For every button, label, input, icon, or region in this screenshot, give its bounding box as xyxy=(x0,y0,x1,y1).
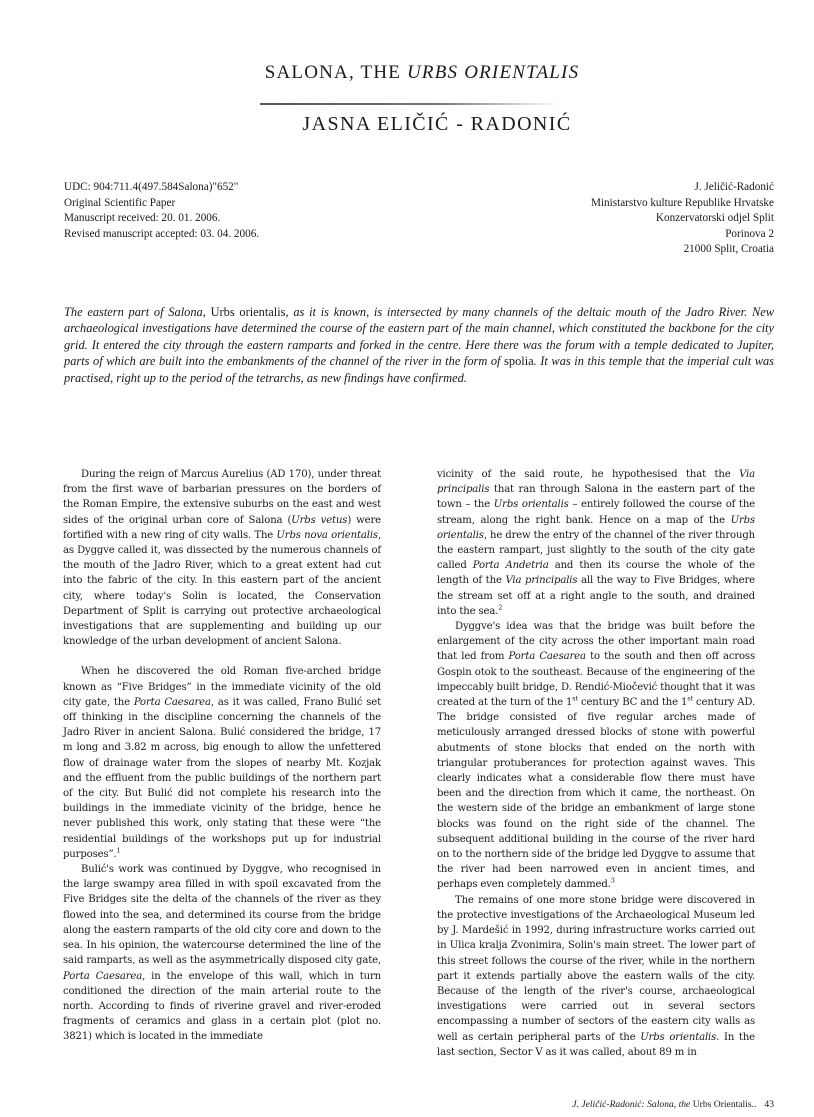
body-column-right: vicinity of the said route, he hypothesi… xyxy=(437,467,755,1060)
running-head-italic: J. Jeličić-Radonić: Salona, the xyxy=(572,1099,692,1110)
paragraph: The remains of one more stone bridge wer… xyxy=(437,893,755,1060)
article-title: SALONA, THE URBS ORIENTALIS xyxy=(0,62,814,84)
title-rule xyxy=(260,103,560,105)
footnote-ref[interactable]: 1 xyxy=(117,847,121,855)
running-footer: J. Jeličić-Radonić: Salona, the Urbs Ori… xyxy=(572,1099,774,1110)
text: , as Dyggve called it, was dissected by … xyxy=(63,530,381,647)
title-italic: URBS ORIENTALIS xyxy=(407,62,579,83)
footnote-ref[interactable]: 3 xyxy=(611,877,615,885)
paragraph: vicinity of the said route, he hypothesi… xyxy=(437,467,755,619)
affiliation-department: Konzervatorski odjel Split xyxy=(591,211,774,227)
article-metadata: UDC: 904:711.4(497.584Salona)"652" Origi… xyxy=(64,180,259,242)
italic-text: Porta Caesarea xyxy=(509,651,586,662)
footnote-ref[interactable]: 2 xyxy=(498,603,502,611)
paragraph: Dyggve's idea was that the bridge was bu… xyxy=(437,619,755,893)
affiliation-street: Porinova 2 xyxy=(591,227,774,243)
italic-text: Urbs orientalis xyxy=(640,1032,716,1043)
affiliation-institution: Ministarstvo kulture Republike Hrvatske xyxy=(591,196,774,212)
author-affiliation: J. Jeličić-Radonić Ministarstvo kulture … xyxy=(591,180,774,258)
italic-text: Porta Caesarea xyxy=(134,697,211,708)
italic-text: Urbs nova orientalis xyxy=(276,530,378,541)
text: century BC and the 1 xyxy=(578,697,687,708)
text: Bulić's work was continued by Dyggve, wh… xyxy=(63,864,381,966)
text: , as it was called, Frano Bulić set off … xyxy=(63,697,381,860)
italic-text: Porta Caesarea xyxy=(63,971,142,982)
italic-text: Urbs orientalis xyxy=(494,499,569,510)
paragraph: Bulić's work was continued by Dyggve, wh… xyxy=(63,862,381,1044)
italic-text: Via principalis xyxy=(505,575,577,586)
affiliation-city: 21000 Split, Croatia xyxy=(591,242,774,258)
paper-type: Original Scientific Paper xyxy=(64,196,259,212)
accepted-date: Revised manuscript accepted: 03. 04. 200… xyxy=(64,227,259,243)
abstract-roman: spolia xyxy=(504,354,534,368)
italic-text: Urbs vetus xyxy=(291,515,347,526)
udc-code: UDC: 904:711.4(497.584Salona)"652" xyxy=(64,180,259,196)
running-head-roman: Urbs Orientalis.. xyxy=(693,1099,757,1110)
text: The remains of one more stone bridge wer… xyxy=(437,895,755,1043)
received-date: Manuscript received: 20. 01. 2006. xyxy=(64,211,259,227)
paragraph: During the reign of Marcus Aurelius (AD … xyxy=(63,467,381,649)
page-number: 43 xyxy=(764,1099,774,1110)
abstract-text: The eastern part of Salona, xyxy=(64,305,211,319)
abstract-roman: Urbs orientalis xyxy=(211,305,286,319)
abstract: The eastern part of Salona, Urbs orienta… xyxy=(64,304,774,386)
italic-text: Porta Andetria xyxy=(473,560,549,571)
paragraph: When he discovered the old Roman five-ar… xyxy=(63,664,381,862)
article-author: JASNA ELIČIĆ - RADONIĆ xyxy=(0,113,814,136)
body-column-left: During the reign of Marcus Aurelius (AD … xyxy=(63,467,381,1045)
text: century AD. The bridge consisted of five… xyxy=(437,697,755,890)
text: vicinity of the said route, he hypothesi… xyxy=(437,469,739,480)
affiliation-name: J. Jeličić-Radonić xyxy=(591,180,774,196)
title-prefix: SALONA, THE xyxy=(265,62,407,83)
